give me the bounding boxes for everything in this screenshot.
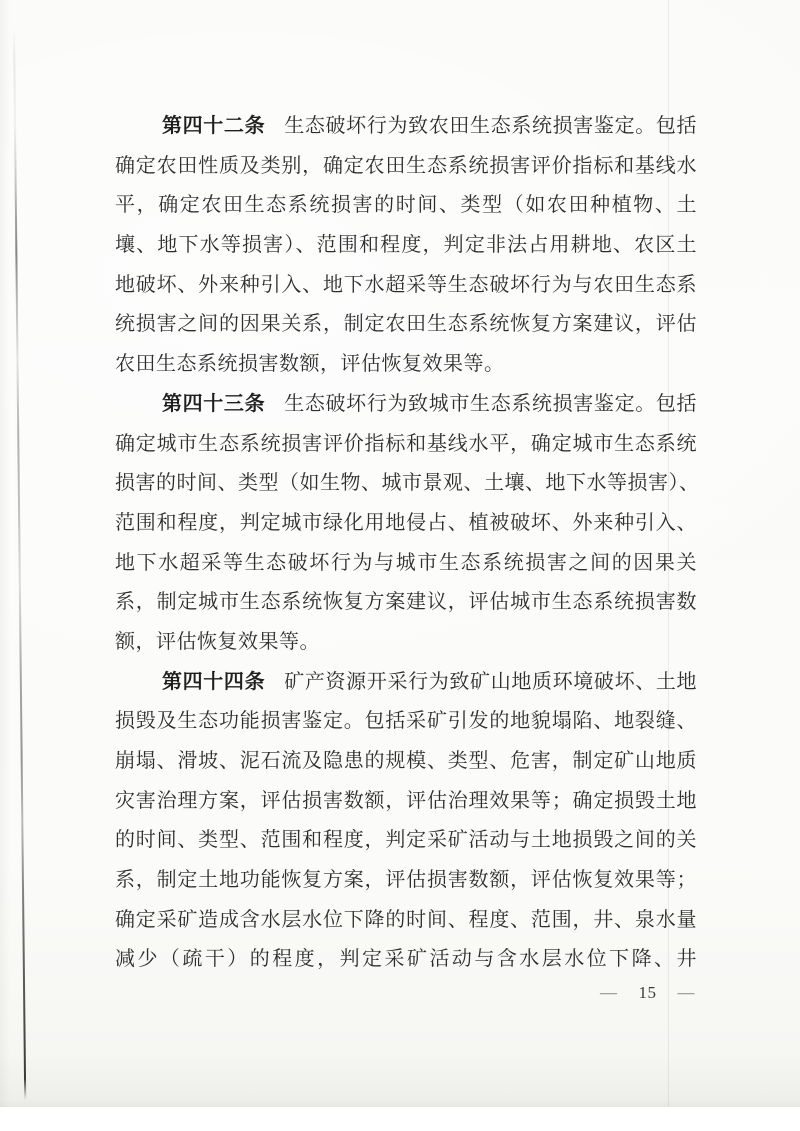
text-line: 确定农田性质及类别，确定农田生态系统损害评价指标和基线水 (115, 147, 697, 187)
text-line: 农田生态系统损害数额，评估恢复效果等。 (115, 345, 697, 385)
scanned-page: 第四十二条生态破坏行为致农田生态系统损害鉴定。包括 确定农田性质及类别，确定农田… (0, 0, 800, 1131)
text-line: 系，制定城市生态系统恢复方案建议，评估城市生态系统损害数 (115, 583, 697, 623)
text-line: 确定城市生态系统损害评价指标和基线水平，确定城市生态系统 (115, 425, 697, 465)
text-line: 壤、地下水等损害）、范围和程度，判定非法占用耕地、农区土 (115, 226, 697, 266)
text-line: 地破坏、外来种引入、地下水超采等生态破坏行为与农田生态系 (115, 266, 697, 306)
article-42-number: 第四十二条 (162, 115, 265, 137)
text-line: 崩塌、滑坡、泥石流及隐患的规模、类型、危害，制定矿山地质 (115, 742, 697, 782)
text-line: 确定采矿造成含水层水位下降的时间、程度、范围，井、泉水量 (115, 901, 697, 941)
text-line: 损毁及生态功能损害鉴定。包括采矿引发的地貌塌陷、地裂缝、 (115, 702, 697, 742)
text-line: 平，确定农田生态系统损害的时间、类型（如农田种植物、土 (115, 186, 697, 226)
paper-background: 第四十二条生态破坏行为致农田生态系统损害鉴定。包括 确定农田性质及类别，确定农田… (0, 0, 800, 1107)
text-line: 减少（疏干）的程度，判定采矿活动与含水层水位下降、井 (115, 940, 697, 980)
article-43-opening: 生态破坏行为致城市生态系统损害鉴定。包括 (284, 393, 697, 415)
text-line: 范围和程度，判定城市绿化用地侵占、植被破坏、外来种引入、 (115, 504, 697, 544)
article-42-opening: 生态破坏行为致农田生态系统损害鉴定。包括 (284, 115, 697, 137)
text-line: 的时间、类型、范围和程度，判定采矿活动与土地损毁之间的关 (115, 821, 697, 861)
article-44-heading-line: 第四十四条矿产资源开采行为致矿山地质环境破坏、土地 (115, 663, 697, 703)
page-number-dash-left: — (600, 985, 618, 1001)
text-line: 灾害治理方案，评估损害数额，评估治理效果等；确定损毁土地 (115, 782, 697, 822)
text-line: 系，制定土地功能恢复方案，评估损害数额，评估恢复效果等； (115, 861, 697, 901)
binding-streak-artifact (13, 28, 27, 1100)
text-line: 损害的时间、类型（如生物、城市景观、土壤、地下水等损害）、 (115, 464, 697, 504)
article-42-heading-line: 第四十二条生态破坏行为致农田生态系统损害鉴定。包括 (115, 107, 697, 147)
scan-left-edge (0, 0, 10, 1107)
article-44-opening: 矿产资源开采行为致矿山地质环境破坏、土地 (284, 671, 697, 693)
document-body: 第四十二条生态破坏行为致农田生态系统损害鉴定。包括 确定农田性质及类别，确定农田… (115, 107, 697, 980)
article-43-number: 第四十三条 (162, 393, 265, 415)
article-44-number: 第四十四条 (162, 671, 265, 693)
page-number-dash-right: — (678, 985, 696, 1001)
article-43-heading-line: 第四十三条生态破坏行为致城市生态系统损害鉴定。包括 (115, 385, 697, 425)
page-number-value: 15 (639, 983, 657, 1003)
text-line: 地下水超采等生态破坏行为与城市生态系统损害之间的因果关 (115, 544, 697, 584)
text-line: 额，评估恢复效果等。 (115, 623, 697, 663)
page-number: — 15 — (600, 980, 695, 1006)
text-line: 统损害之间的因果关系，制定农田生态系统恢复方案建议，评估 (115, 305, 697, 345)
